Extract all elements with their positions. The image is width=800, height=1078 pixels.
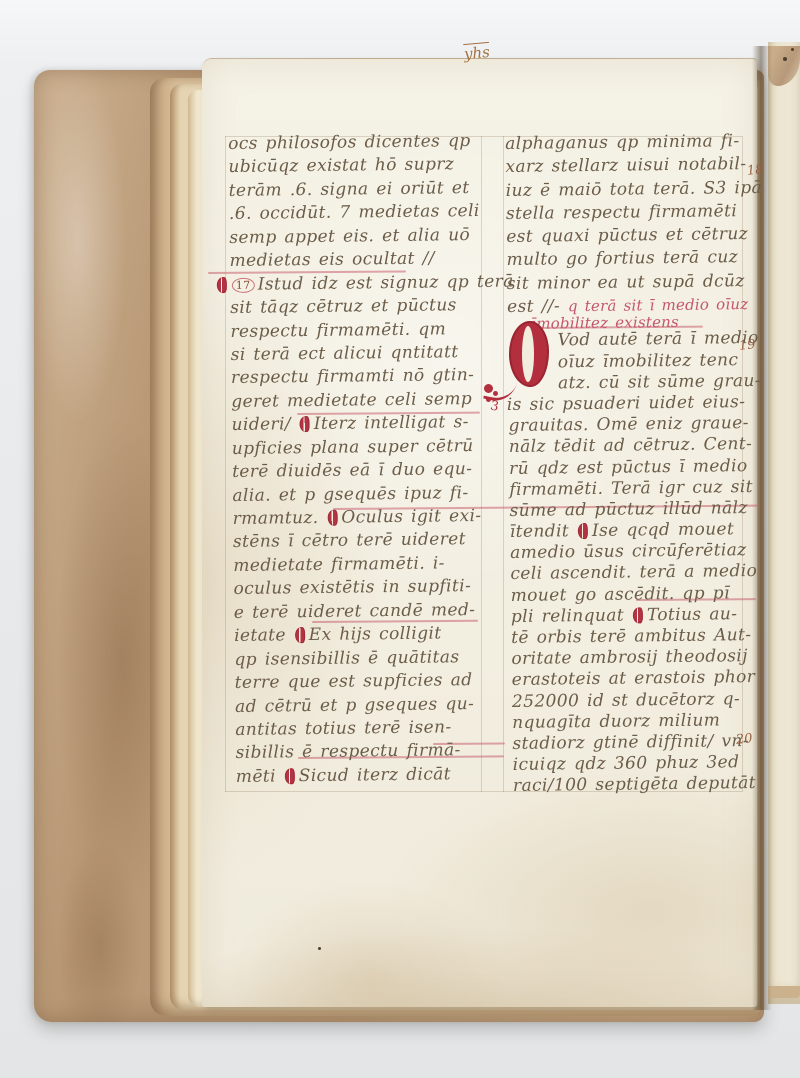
manuscript-line: tē orbis terē ambitus Aut-: [511, 625, 763, 649]
text-segment: Oculus igit exi-: [341, 506, 481, 528]
text-segment: ietate: [234, 625, 294, 646]
folio-margin-number: 19: [738, 337, 756, 354]
text-segment: rū qdz est pūctus ī medio: [509, 456, 748, 479]
text-segment: qp isensibillis ē quātitas: [234, 647, 459, 670]
text-segment: semp appet eis. et alia uō: [229, 225, 470, 248]
text-segment: si terā ect alicui qntitatt: [231, 342, 459, 365]
text-segment: Sicud iterz dicāt: [299, 764, 451, 786]
text-segment: 252000 id st ducētorz q-: [512, 689, 740, 712]
ruling-line-vertical: [503, 136, 504, 792]
manuscript-line: geret medietate celi semp: [231, 388, 486, 415]
manuscript-line: atz. cū sit sūme grau-: [508, 371, 760, 395]
text-segment: ocs philosofos dicentes qp: [228, 131, 471, 154]
text-segment: oritate ambrosij theodosij: [511, 646, 748, 669]
text-segment: Istud idz est signuz qp terā: [258, 271, 514, 294]
text-segment: respectu firmamēti. qm: [230, 319, 446, 342]
text-segment: Vod autē terā ī medio: [557, 328, 758, 350]
capitulum-mark-icon: [633, 607, 643, 623]
text-segment: ad cētrū et p gseques qu-: [235, 694, 474, 717]
manuscript-line: icuiqz qdz 360 phuz 3ed: [513, 752, 765, 776]
text-segment: alphaganus qp minima fi-: [505, 131, 740, 154]
manuscript-line: ad cētrū et p gseques qu-: [235, 692, 490, 719]
capitulum-mark-icon: [300, 416, 310, 432]
text-segment: oculus existētis in supfiti-: [233, 576, 471, 599]
text-segment: ubicūqz existat hō suprz: [228, 155, 454, 178]
text-segment: tē orbis terē ambitus Aut-: [511, 625, 752, 648]
text-segment: mouet go ascēdit. qp pī: [511, 583, 730, 606]
text-segment: sit minor ea ut supā dcūz: [507, 271, 745, 294]
manuscript-line: multo go fortius terā cuz: [506, 246, 758, 272]
text-segment: rmamtuz.: [233, 508, 327, 529]
manuscript-line: amedio ūsus circūferētiaz: [510, 540, 762, 564]
text-segment: is sic psuaderi uidet eius-: [499, 392, 746, 415]
text-segment: sūme ad pūctuz illūd nālz: [509, 498, 747, 521]
capitulum-mark-icon: [578, 523, 588, 539]
text-segment: ītendit: [510, 521, 577, 542]
text-segment: terē diuidēs eā ī duo equ-: [232, 459, 472, 482]
manuscript-line: sūme ad pūctuz illūd nālz: [509, 498, 761, 522]
text-segment: pli relinquat: [511, 605, 632, 626]
manuscript-line: xarz stellarz uisui notabil-: [505, 153, 757, 179]
text-segment: firmamēti. Terā igr cuz sit: [509, 477, 753, 500]
text-segment: uideri/: [231, 414, 298, 435]
manuscript-line: oritate ambrosij theodosij: [511, 646, 763, 670]
header-invocation-mark: yhs: [463, 43, 490, 63]
manuscript-line: nālz tēdit ad cētruz. Cent-: [509, 434, 761, 458]
text-segment: Iterz intelligat s-: [314, 412, 469, 434]
folio-margin-number: 18: [746, 162, 764, 179]
manuscript-line: alia. et p gsequēs ipuz fi-: [232, 481, 487, 508]
text-column-right: alphaganus qp minima fi-xarz stellarz ui…: [505, 130, 765, 798]
text-segment: stadiorz gtinē diffinit/ vn-: [512, 731, 749, 754]
manuscript-line: sibillis ē respectu firmā-: [235, 739, 490, 766]
manuscript-line: rmamtuz. Oculus igit exi-: [233, 505, 488, 532]
manuscript-line: terē diuidēs eā ī duo equ-: [232, 458, 487, 485]
text-segment: raci/100 septigēta deputāt: [513, 773, 756, 796]
text-column-left: ocs philosofos dicentes qpubicūqz exista…: [228, 130, 491, 789]
text-segment: amedio ūsus circūferētiaz: [510, 540, 747, 563]
manuscript-line: medietas eis ocultat //: [229, 247, 484, 274]
text-segment: medietate firmamēti. i-: [233, 553, 445, 576]
manuscript-line: sit minor ea ut supā dcūz: [507, 270, 759, 296]
manuscript-line: ubicūqz existat hō suprz: [228, 153, 483, 180]
text-segment: celi ascendit. terā a medio: [510, 561, 757, 584]
manuscript-line: 17Istud idz est signuz qp terā: [216, 270, 485, 297]
ink-speck: [318, 947, 321, 950]
manuscript-line: si terā ect alicui qntitatt: [231, 341, 486, 368]
manuscript-line: sit tāqz cētruz et pūctus: [230, 294, 485, 321]
manuscript-line: firmamēti. Terā igr cuz sit: [509, 477, 761, 501]
text-segment: geret medietate celi semp: [231, 389, 472, 412]
text-segment: multo go fortius terā cuz: [506, 248, 738, 271]
manuscript-line: ītendit Ise qcqd mouet: [510, 519, 762, 543]
capitulum-mark-icon: [295, 627, 305, 643]
manuscript-line: qp isensibillis ē quātitas: [234, 645, 489, 672]
text-segment: terām .6. signa ei oriūt et: [229, 178, 470, 201]
manuscript-line: celi ascendit. terā a medio: [510, 561, 762, 585]
manuscript-line: oculus existētis in supfiti-: [233, 575, 488, 602]
manuscript-line: nquagīta duorz milium: [512, 710, 764, 734]
manuscript-line: uideri/ Iterz intelligat s-: [231, 411, 486, 438]
text-segment: erastoteis at erastois phor: [512, 667, 756, 690]
manuscript-line: terām .6. signa ei oriūt et: [229, 177, 484, 204]
manuscript-line: medietate firmamēti. i-: [233, 552, 488, 579]
manuscript-line: stēns ī cētro terē uideret: [233, 528, 488, 555]
text-segment: stēns ī cētro terē uideret: [233, 530, 466, 553]
text-segment: upficies plana super cētrū: [232, 436, 474, 459]
text-segment: iuz ē maiō tota terā. S3 ipā: [506, 177, 763, 200]
manuscript-line: alphaganus qp minima fi-: [505, 130, 757, 156]
ink-speck: [783, 57, 787, 61]
text-segment: terre que est supficies ad: [235, 670, 473, 693]
manuscript-line: mouet go ascēdit. qp pī: [511, 583, 763, 607]
manuscript-line: upficies plana super cētrū: [232, 435, 487, 462]
text-segment: Totius au-: [647, 604, 738, 625]
text-segment: mēti: [236, 766, 284, 787]
text-segment: antitas totius terē isen-: [235, 717, 451, 740]
manuscript-line: stadiorz gtinē diffinit/ vn-: [512, 731, 764, 755]
facing-page-sliver: [768, 42, 800, 1004]
manuscript-line: est quaxi pūctus et cētruz: [506, 223, 758, 249]
manuscript-line: semp appet eis. et alia uō: [229, 224, 484, 251]
initial-tail-trefoil-icon: [484, 384, 493, 393]
text-segment: atz. cū sit sūme grau-: [558, 371, 761, 393]
ruling-line-vertical: [225, 136, 226, 792]
capitulum-mark-icon: [327, 510, 337, 526]
manuscript-line: raci/100 septigēta deputāt: [513, 773, 765, 797]
manuscript-photo: yhs ocs philosofos dicentes qpubicūqz ex…: [0, 0, 800, 1078]
text-segment: respectu firmamti nō gtin-: [231, 365, 475, 388]
manuscript-line: rū qdz est pūctus ī medio: [509, 455, 761, 479]
capitulum-mark-icon: [217, 277, 227, 293]
text-segment: sit tāqz cētruz et pūctus: [230, 295, 457, 318]
manuscript-line: antitas totius terē isen-: [235, 716, 490, 743]
text-segment: xarz stellarz uisui notabil-: [505, 154, 746, 177]
manuscript-line: terre que est supficies ad: [235, 669, 490, 696]
capitulum-mark-icon: [285, 768, 295, 784]
ink-speck: [791, 48, 794, 51]
manuscript-line: grauitas. Omē eniz graue-: [508, 413, 760, 437]
rubric-text: q terā sit ī medio oīuz: [568, 295, 749, 315]
text-segment: Ex hijs colligit: [309, 624, 442, 646]
text-segment: est quaxi pūctus et cētruz: [506, 224, 748, 247]
text-segment: Ise qcqd mouet: [592, 519, 735, 541]
manuscript-line: ietate Ex hijs colligit: [234, 622, 489, 649]
manuscript-line: pli relinquat Totius au-: [511, 604, 763, 628]
text-segment: stella respectu firmamēti: [506, 201, 737, 224]
text-segment: grauitas. Omē eniz graue-: [508, 413, 748, 436]
text-segment: .6. occidūt. 7 medietas celi: [229, 201, 480, 224]
text-segment: e terē uideret candē med-: [234, 600, 476, 623]
text-segment: medietas eis ocultat //: [229, 249, 435, 272]
manuscript-line: .6. occidūt. 7 medietas celi: [229, 200, 484, 227]
text-segment: alia. et p gsequēs ipuz fi-: [232, 483, 468, 506]
manuscript-line: mēti Sicud iterz dicāt: [236, 763, 491, 790]
text-segment: nālz tēdit ad cētruz. Cent-: [509, 434, 753, 457]
manuscript-line: iuz ē maiō tota terā. S3 ipā: [506, 177, 758, 203]
text-segment: oīuz īmobilitez tenc: [558, 350, 739, 372]
folio-margin-number: 20: [735, 731, 753, 748]
manuscript-line: 252000 id st ducētorz q-: [512, 688, 764, 712]
red-initial-Q: Q: [509, 321, 549, 387]
paragraph-number: 17: [232, 277, 255, 292]
manuscript-line: erastoteis at erastois phor: [512, 667, 764, 691]
manuscript-line: respectu firmamēti. qm: [230, 317, 485, 344]
text-segment: sibillis ē respectu firmā-: [235, 741, 460, 764]
manuscript-line: e terē uideret candē med-: [234, 599, 489, 626]
manuscript-line: respectu firmamti nō gtin-: [231, 364, 486, 391]
manuscript-line: ocs philosofos dicentes qp: [228, 130, 483, 157]
text-segment: icuiqz qdz 360 phuz 3ed: [513, 752, 740, 775]
text-segment: nquagīta duorz milium: [512, 710, 720, 733]
manuscript-line: stella respectu firmamēti: [506, 200, 758, 226]
